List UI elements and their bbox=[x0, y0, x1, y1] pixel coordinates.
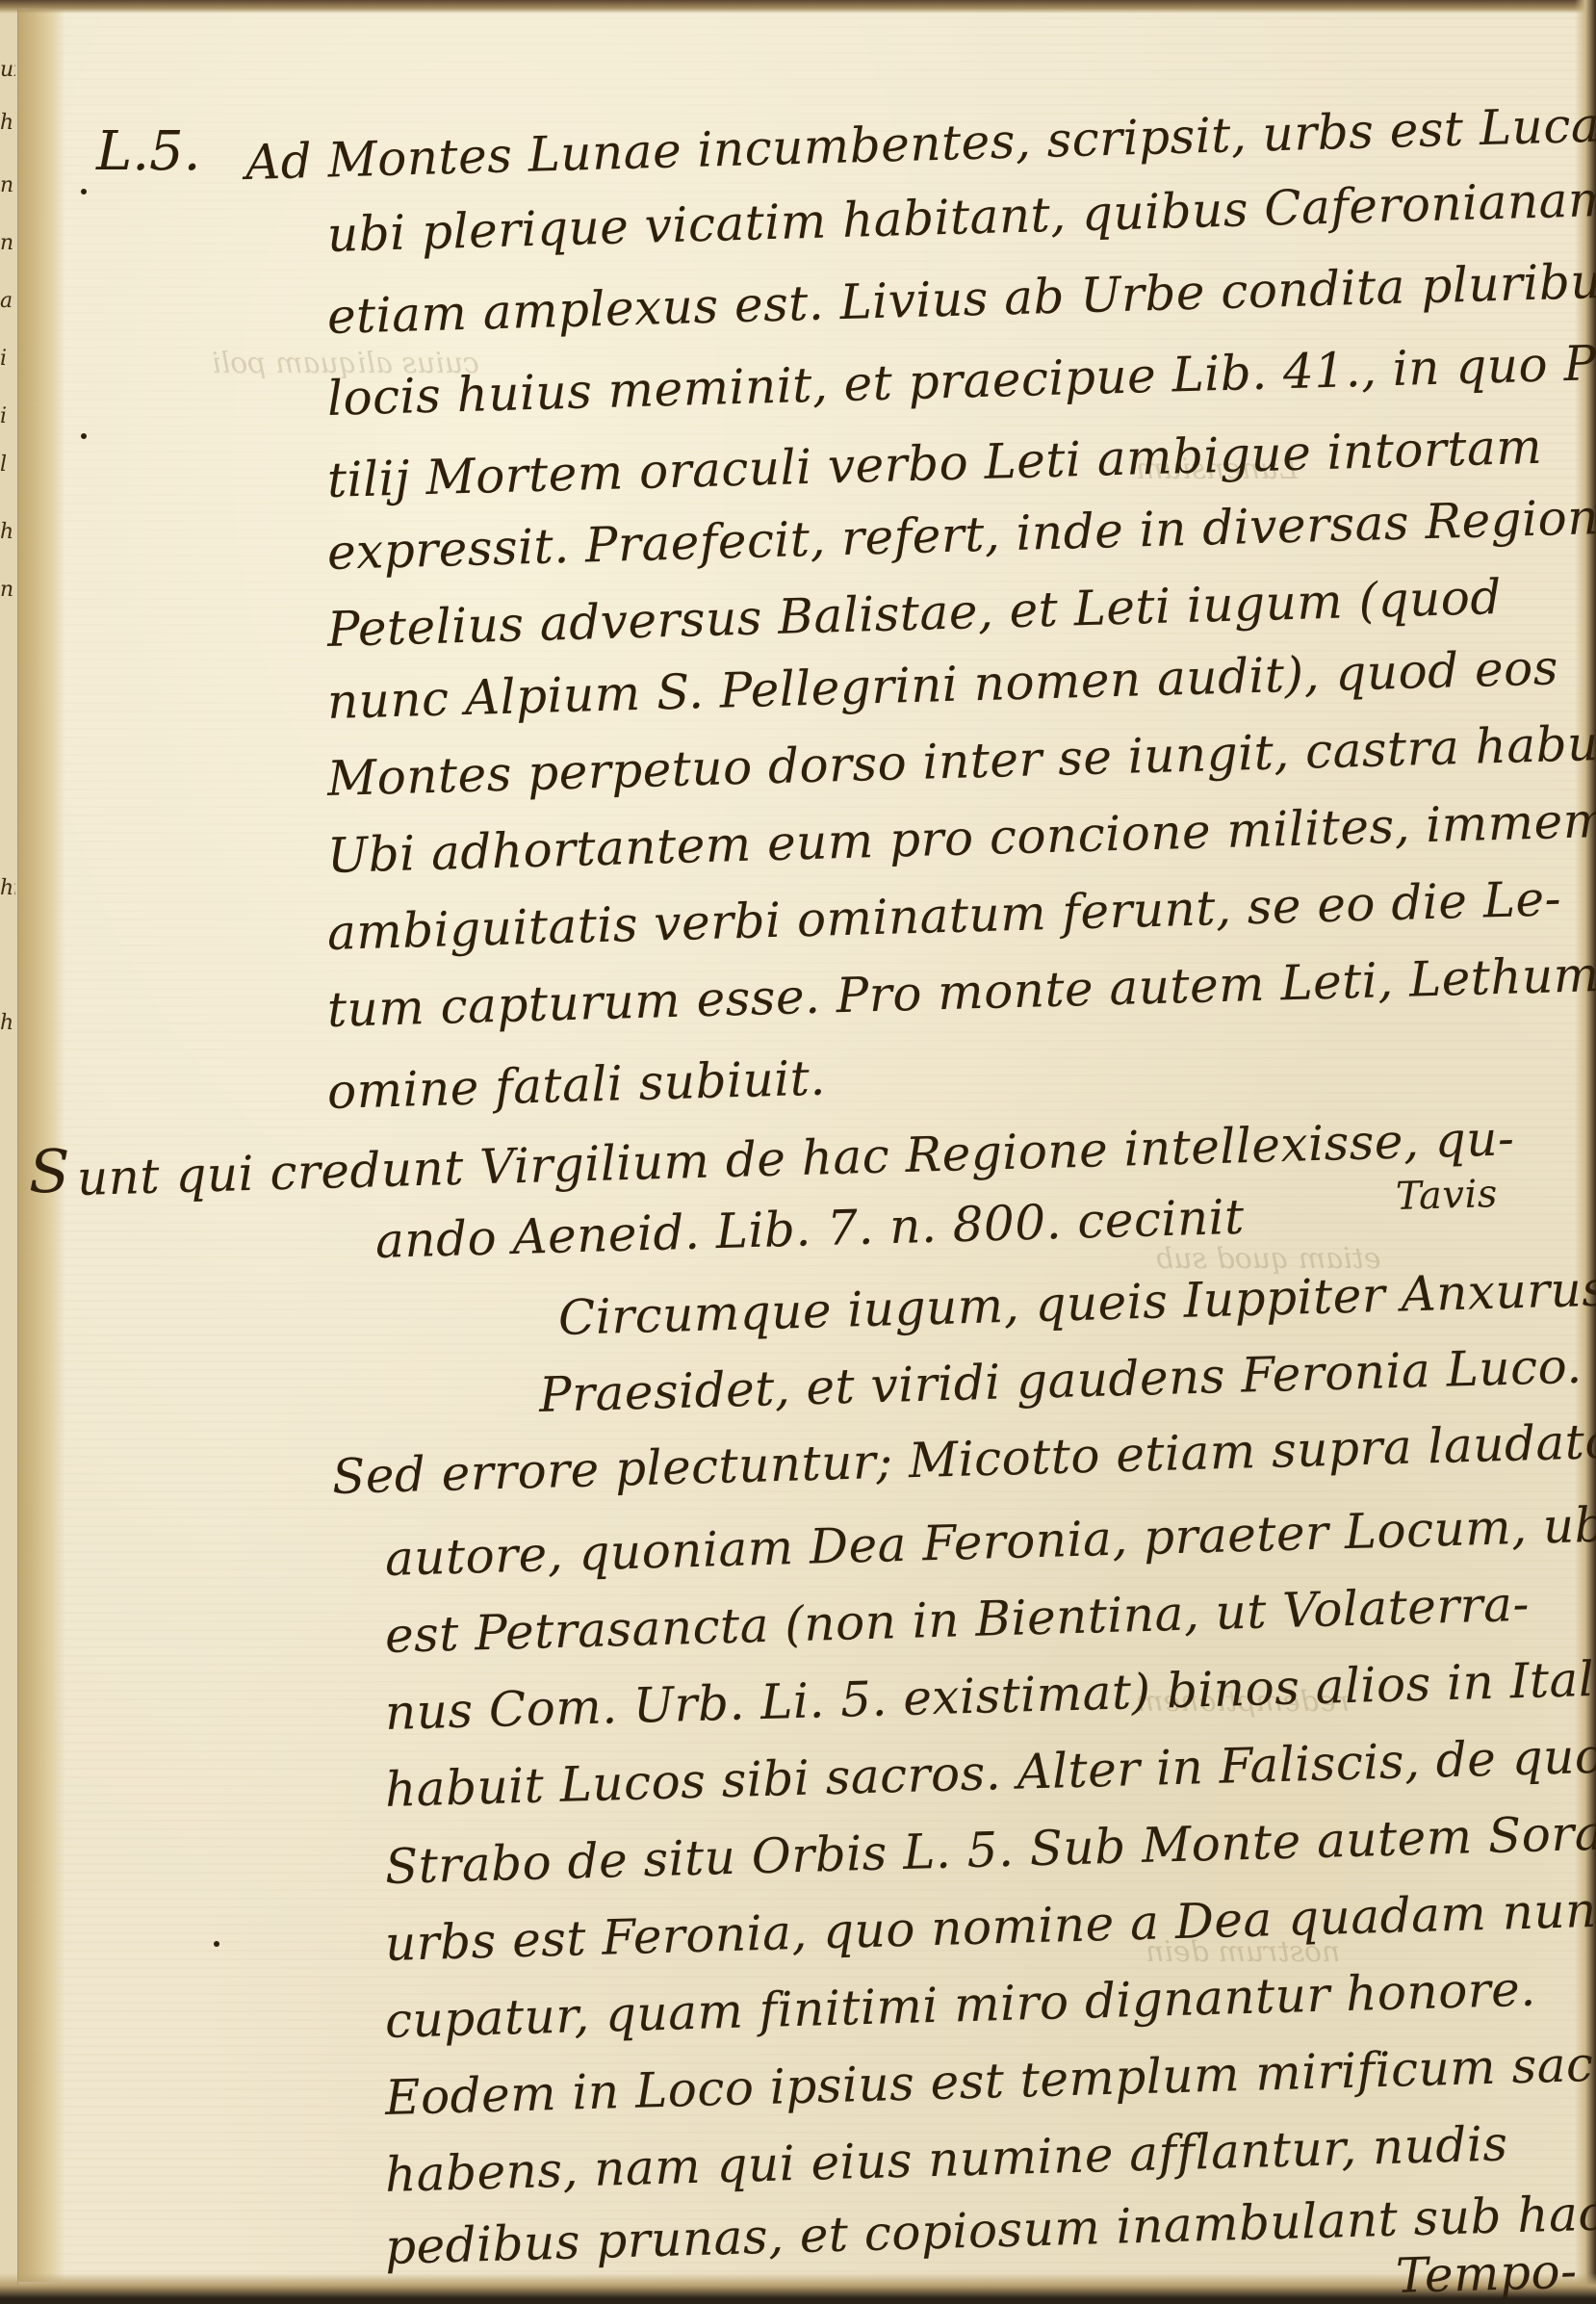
text-line: cupatur, quam finitimi miro dignantur ho… bbox=[384, 1961, 1536, 2049]
margin-section-label: L.5. bbox=[96, 120, 200, 183]
facing-page-fragment: n bbox=[0, 231, 15, 255]
facing-page-fragment: ux bbox=[0, 58, 15, 82]
facing-page-fragment: h bbox=[0, 520, 15, 544]
ink-dot bbox=[214, 1941, 219, 1947]
facing-page-fragment: a bbox=[0, 289, 15, 313]
facing-page-fragment: n bbox=[0, 578, 15, 602]
text-line: nunc Alpium S. Pellegrini nomen audit), … bbox=[326, 639, 1558, 730]
text-line: tum capturum esse. Pro monte autem Leti,… bbox=[326, 946, 1596, 1038]
verse-line: Circumque iugum, queis Iuppiter Anxurus bbox=[557, 1261, 1596, 1346]
text-line: locis huius meminit, et praecipue Lib. 4… bbox=[326, 334, 1596, 427]
previous-page-edge bbox=[0, 0, 18, 2298]
facing-page-fragment: h bbox=[0, 1011, 15, 1035]
text-line: est Petrasancta (non in Bientina, ut Vol… bbox=[384, 1576, 1530, 1664]
top-page-edge bbox=[0, 0, 1596, 13]
ink-dot bbox=[81, 433, 87, 439]
text-line: ando Aeneid. Lib. 7. n. 800. cecinit bbox=[374, 1189, 1245, 1269]
text-line: ambiguitatis verbi ominatum ferunt, se e… bbox=[326, 870, 1562, 961]
text-line: autore, quoniam Dea Feronia, praeter Loc… bbox=[384, 1492, 1596, 1587]
text-line: nus Com. Urb. Li. 5. existimat) binos al… bbox=[384, 1650, 1596, 1741]
ink-dot bbox=[81, 189, 87, 194]
text-line: Petelius adversus Balistae, et Leti iugu… bbox=[326, 569, 1502, 658]
text-line: habens, nam qui eius numine afflantur, n… bbox=[384, 2115, 1508, 2203]
text-line: urbs est Feronia, quo nomine a Dea quada… bbox=[384, 1881, 1596, 1972]
text-line: Sed errore plectuntur; Micotto etiam sup… bbox=[331, 1413, 1596, 1505]
bottom-page-edge bbox=[0, 2273, 1596, 2298]
text-line: unt qui credunt Virgilium de hac Regione… bbox=[76, 1110, 1515, 1206]
text-line: Montes perpetuo dorso inter se iungit, c… bbox=[326, 714, 1596, 807]
interlinear-gloss: Tavis bbox=[1395, 1172, 1498, 1219]
facing-page-fragment: hi bbox=[0, 876, 15, 900]
text-line: Strabo de situ Orbis L. 5. Sub Monte aut… bbox=[384, 1802, 1596, 1895]
facing-page-fragment: n bbox=[0, 173, 15, 197]
margin-section-label: S bbox=[29, 1136, 69, 1206]
manuscript-page: ux h n n a i i l h n hi h cuius aliquam … bbox=[0, 0, 1596, 2298]
facing-page-fragment: i bbox=[0, 404, 15, 428]
text-line: ubi plerique vicatim habitant, quibus Ca… bbox=[326, 171, 1596, 263]
text-line: Ubi adhortantem eum pro concione milites… bbox=[326, 789, 1596, 884]
text-line: omine fatali subiuit. bbox=[326, 1050, 826, 1120]
facing-page-fragment: l bbox=[0, 453, 15, 477]
text-line: habuit Lucos sibi sacros. Alter in Falis… bbox=[384, 1728, 1596, 1818]
facing-page-fragment: h bbox=[0, 111, 15, 135]
verse-line: Praesidet, et viridi gaudens Feronia Luc… bbox=[538, 1338, 1583, 1423]
text-line: etiam amplexus est. Livius ab Urbe condi… bbox=[326, 250, 1596, 345]
facing-page-fragment: i bbox=[0, 347, 15, 371]
catchword: Tempo- bbox=[1395, 2243, 1578, 2298]
text-line: Eodem in Loco ipsius est templum mirific… bbox=[384, 2031, 1596, 2126]
